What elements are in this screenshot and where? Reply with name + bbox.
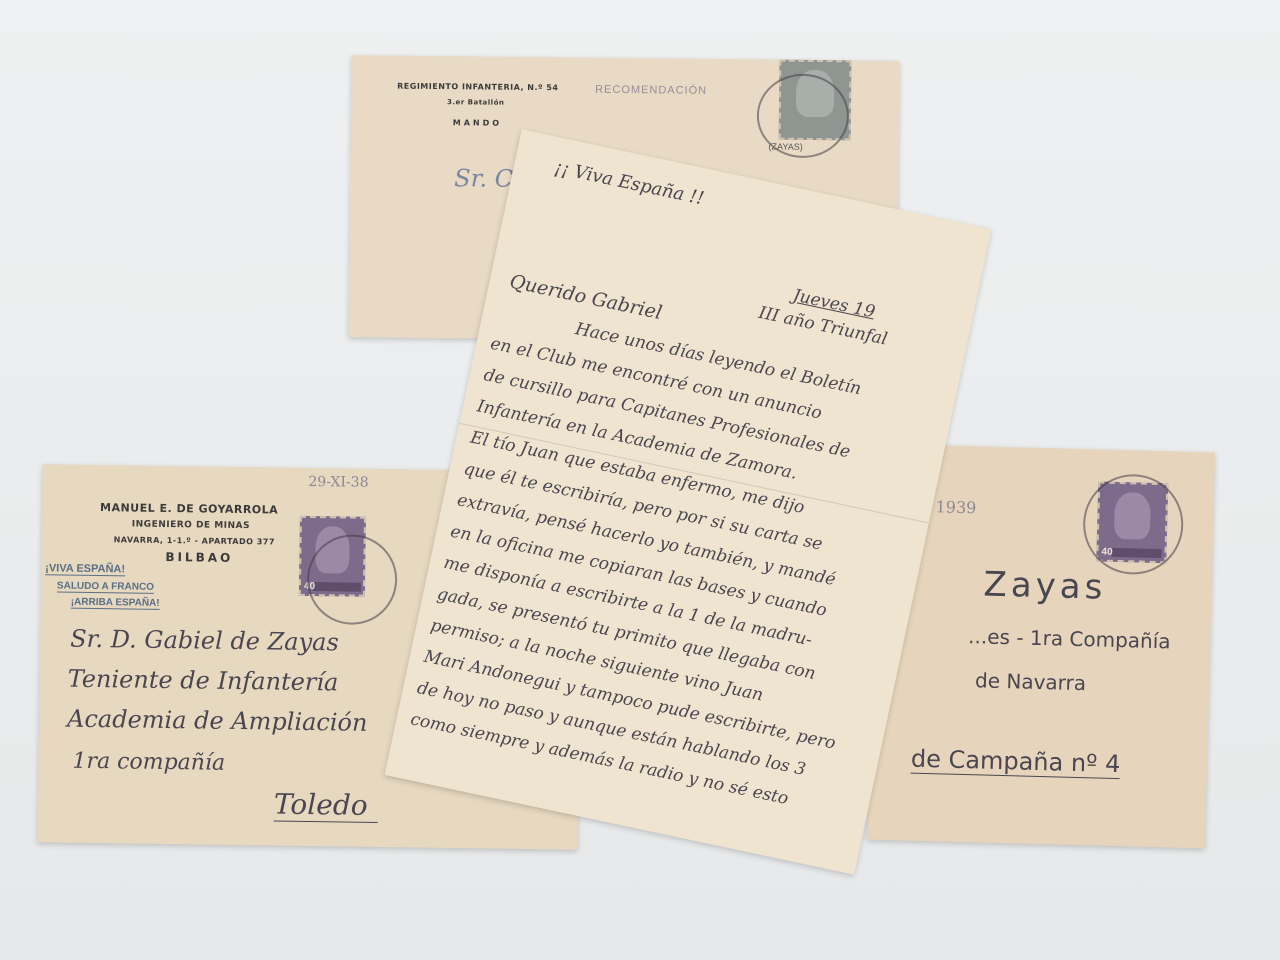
address-line: ...es - 1ra Compañía <box>968 624 1171 653</box>
address-city: Toledo <box>274 788 378 823</box>
sender-city: BILBAO <box>165 550 233 565</box>
letter-body: Hace unos días leyendo el Boletínen el C… <box>407 297 950 831</box>
sender-name: MANUEL E. DE GOYARROLA <box>100 501 278 516</box>
recomendacion-stamp: RECOMENDACIÓN <box>595 84 707 97</box>
sender-title: INGENIERO DE MINAS <box>132 519 250 531</box>
letter-heading: ¡¡ Viva España !! <box>552 157 705 209</box>
address-line: Academia de Ampliación <box>67 705 368 737</box>
letterhead-regiment: REGIMIENTO INFANTERIA, N.º 54 <box>397 82 558 93</box>
address-line: de Campaña nº 4 <box>911 745 1121 779</box>
address-line: de Navarra <box>975 668 1087 695</box>
address-line: Teniente de Infantería <box>67 665 338 697</box>
rubber-stamp-3: ¡ARRIBA ESPAÑA! <box>71 597 160 610</box>
address-line: Zayas <box>983 564 1107 607</box>
date-note: 1939 <box>935 497 976 517</box>
address-line: 1ra compañía <box>72 749 225 776</box>
postmark-circle <box>306 534 397 625</box>
address-line: Sr. D. Gabiel de Zayas <box>70 625 339 657</box>
letterhead-battalion: 3.er Batallón <box>447 98 504 107</box>
address-partial: Sr. C <box>454 164 513 193</box>
letterhead-mando: MANDO <box>453 118 502 128</box>
rubber-stamp-1: ¡VIVA ESPAÑA! <box>45 562 125 576</box>
postmark-text: (ZAYAS) <box>769 142 803 152</box>
rubber-stamp-2: SALUDO A FRANCO <box>57 580 154 593</box>
date-note: 29-XI-38 <box>308 474 368 491</box>
sender-address: NAVARRA, 1-1.º - APARTADO 377 <box>114 535 275 546</box>
